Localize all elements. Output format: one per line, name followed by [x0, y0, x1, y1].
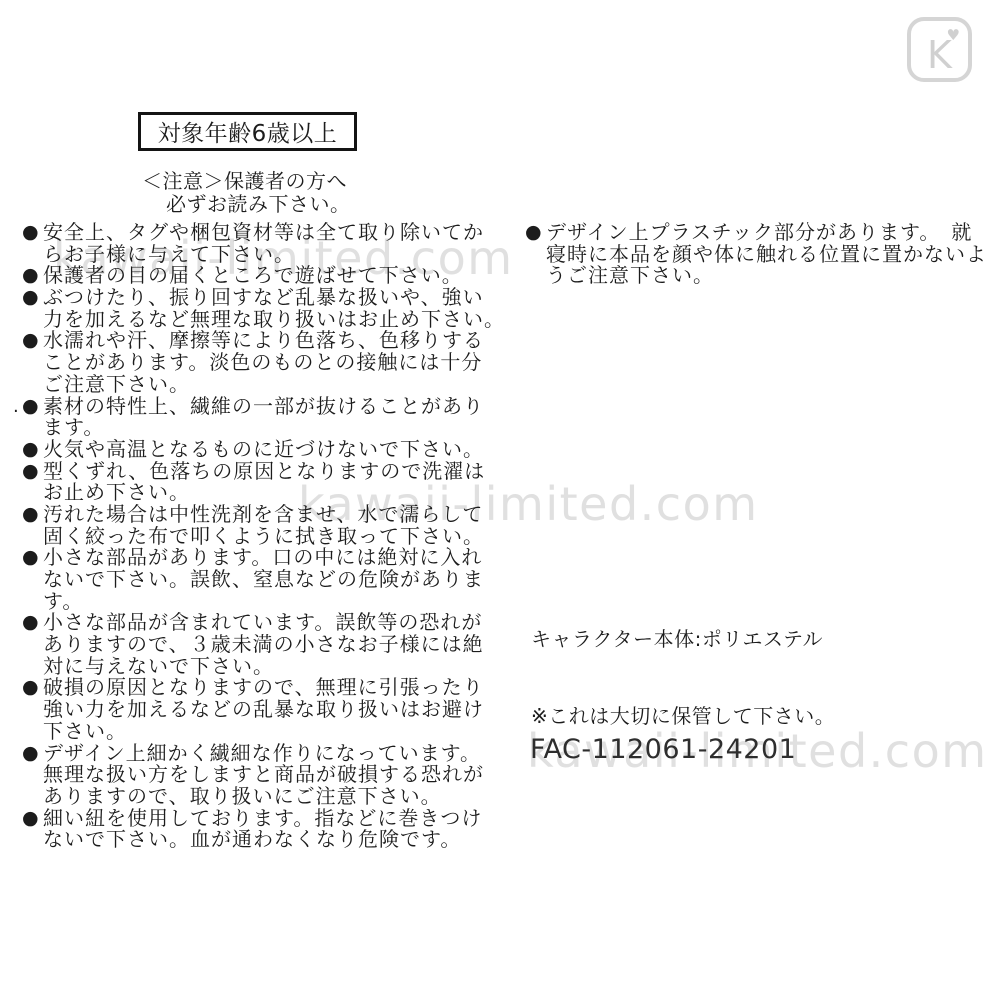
bullet-icon: ●	[525, 222, 546, 244]
warning-item: ●破損の原因となりますので、無理に引張ったり強い力を加えるなどの乱暴な取り扱いは…	[22, 677, 500, 742]
bullet-icon: ●	[22, 396, 43, 418]
warning-text: 水濡れや汗、摩擦等により色落ち、色移りすることがあります。淡色のものとの接触には…	[43, 330, 500, 395]
warning-text: 小さな部品が含まれています。誤飲等の恐れがありますので、３歳未満の小さなお子様に…	[43, 612, 500, 677]
warning-text: 汚れた場合は中性洗剤を含ませ、水で濡らして固く絞った布で叩くように拭き取って下さ…	[43, 504, 500, 547]
bullet-icon: ●	[22, 330, 43, 352]
heart-icon: ♥	[947, 26, 960, 44]
warning-text: 小さな部品があります。口の中には絶対に入れないで下さい。誤飲、窒息などの危険があ…	[43, 547, 500, 612]
bullet-icon: ●	[22, 547, 43, 569]
warning-text: 細い紐を使用しております。指などに巻きつけないで下さい。血が通わなくなり危険です…	[43, 808, 500, 851]
bullet-icon: ●	[22, 808, 43, 830]
warning-item: ●小さな部品があります。口の中には絶対に入れないで下さい。誤飲、窒息などの危険が…	[22, 547, 500, 612]
warnings-right-column: ●デザイン上プラスチック部分があります。 就寝時に本品を顔や体に触れる位置に置か…	[525, 222, 995, 287]
warning-item: ●型くずれ、色落ちの原因となりますので洗濯はお止め下さい。	[22, 461, 500, 504]
warning-item: ●汚れた場合は中性洗剤を含ませ、水で濡らして固く絞った布で叩くように拭き取って下…	[22, 504, 500, 547]
bullet-icon: ●	[22, 743, 43, 765]
warning-item: ●火気や高温となるものに近づけないで下さい。	[22, 439, 500, 461]
warning-text: 安全上、タグや梱包資材等は全て取り除いてからお子様に与えて下さい。	[43, 222, 500, 265]
bullet-icon: ●	[22, 265, 43, 287]
warning-text: 破損の原因となりますので、無理に引張ったり強い力を加えるなどの乱暴な取り扱いはお…	[43, 677, 500, 742]
bullet-icon: ●	[22, 439, 43, 461]
watermark-logo: K ♥	[907, 17, 972, 82]
warnings-left-column: ●安全上、タグや梱包資材等は全て取り除いてからお子様に与えて下さい。●保護者の目…	[22, 222, 500, 851]
warning-item: ●細い紐を使用しております。指などに巻きつけないで下さい。血が通わなくなり危険で…	[22, 808, 500, 851]
material-info: キャラクター本体:ポリエステル	[531, 623, 823, 652]
warning-text: デザイン上プラスチック部分があります。 就寝時に本品を顔や体に触れる位置に置かな…	[546, 222, 995, 287]
warning-text: 保護者の目の届くところで遊ばせて下さい。	[43, 265, 500, 287]
bullet-icon: ●	[22, 222, 43, 244]
warning-item: ●ぶつけたり、振り回すなど乱暴な扱いや、強い力を加えるなど無理な取り扱いはお止め…	[22, 287, 500, 330]
scan-artifact-dot: .	[13, 396, 19, 417]
warning-item: ●安全上、タグや梱包資材等は全て取り除いてからお子様に与えて下さい。	[22, 222, 500, 265]
age-restriction-box: 対象年齢6歳以上	[138, 112, 357, 151]
warning-item: ●素材の特性上、繊維の一部が抜けることがあります。	[22, 396, 500, 439]
keep-note: ※これは大切に保管して下さい。	[531, 700, 835, 729]
warning-text: 火気や高温となるものに近づけないで下さい。	[43, 439, 500, 461]
bullet-icon: ●	[22, 677, 43, 699]
warning-item: ●デザイン上プラスチック部分があります。 就寝時に本品を顔や体に触れる位置に置か…	[525, 222, 995, 287]
warning-text: デザイン上細かく繊細な作りになっています。無理な扱い方をしますと商品が破損する恐…	[43, 743, 500, 808]
warning-text: ぶつけたり、振り回すなど乱暴な扱いや、強い力を加えるなど無理な取り扱いはお止め下…	[43, 287, 505, 330]
bullet-icon: ●	[22, 287, 43, 309]
warning-text: 型くずれ、色落ちの原因となりますので洗濯はお止め下さい。	[43, 461, 500, 504]
product-code: FAC-112061-24201	[530, 734, 796, 765]
notice-heading-line2: 必ずお読み下さい。	[166, 188, 351, 217]
bullet-icon: ●	[22, 461, 43, 483]
warning-item: ●保護者の目の届くところで遊ばせて下さい。	[22, 265, 500, 287]
warning-item: ●デザイン上細かく繊細な作りになっています。無理な扱い方をしますと商品が破損する…	[22, 743, 500, 808]
warning-item: ●小さな部品が含まれています。誤飲等の恐れがありますので、３歳未満の小さなお子様…	[22, 612, 500, 677]
warning-text: 素材の特性上、繊維の一部が抜けることがあります。	[43, 396, 500, 439]
age-restriction-label: 対象年齢6歳以上	[158, 115, 338, 148]
care-label-scan: kawaii-limited.com kawaii-limited.com ka…	[0, 0, 1000, 1000]
bullet-icon: ●	[22, 612, 43, 634]
warning-item: ●水濡れや汗、摩擦等により色落ち、色移りすることがあります。淡色のものとの接触に…	[22, 330, 500, 395]
bullet-icon: ●	[22, 504, 43, 526]
